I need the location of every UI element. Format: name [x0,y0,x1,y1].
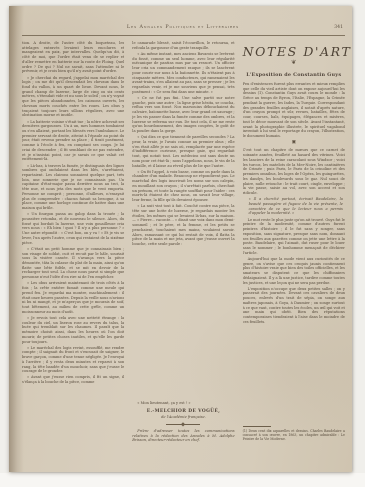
right-column-text: Peu d'existences furent plus errantes et… [243,82,345,423]
paragraph: « Avant que j'eusse rien compris, il fit… [22,375,124,384]
paragraph: « Un fourgon passa au galop dans la trou… [22,212,124,245]
paragraph: « La nuit vint tout à fait. Couché contr… [132,204,234,247]
running-head: Les Annales Politiques et Littéraires [22,25,344,34]
column-left: tion. À droite, de l'autre côté du boque… [22,41,124,464]
paragraph: « Je cherchai du regard, j'appelai mon m… [22,76,124,119]
paragraph: « On fit l'appel, à voix basse, comme on… [132,170,234,203]
section-title: NOTES D'ART [243,44,345,59]
paragraph: « Qui dira ce que tiennent de pareilles … [132,135,234,168]
paragraph: Le mot reste le plus juste qu'on ait tro… [243,218,345,256]
section-break-icon: ▣ [243,141,345,146]
paragraph: C'est tout un chapitre de mœurs que ce c… [243,148,345,195]
paragraph: « Le maréchal des logis revint, essouffl… [22,346,124,374]
column-middle: le camarade blessé, saisit l'écouvillon,… [132,41,234,464]
editorial-note: Prière d'adresser toutes les communicati… [132,429,234,444]
article-heading: L'Exposition de Constantin Guys [243,72,345,78]
scanned-page-background: Les Annales Politiques et Littéraires 34… [0,0,365,487]
paragraph: « C'était un petit homme que je connaiss… [22,247,124,280]
paragraph: « Au même instant, mes anciens Bavarois … [132,52,234,95]
paragraph: L'exposition n'occupe que deux petites s… [243,287,345,325]
paragraph: le camarade blessé, saisit l'écouvillon,… [132,41,234,50]
quotation: « Il a cherché partout, écrivait Baudela… [249,197,345,216]
paragraph: « Je revois tout cela avec une netteté é… [22,316,124,344]
paragraph: « Les obus arrivaient maintenant de troi… [22,281,124,314]
paragraph: Aujourd'hui que la mode vient aux curios… [243,257,345,285]
section-divider [166,424,200,425]
fleuron-icon: ❦ [243,60,345,66]
closing-line: « Mon lieutenant, ça y est ! » [132,401,234,406]
journal-page: Les Annales Politiques et Littéraires 34… [9,6,352,472]
paragraph: « Ce ne fut pas fini. Une salve partit s… [132,96,234,134]
paragraph: « Là-bas, à travers la fumée, je disting… [22,164,124,211]
column-right: NOTES D'ART ❦ L'Exposition de Constantin… [243,41,345,464]
left-column-text: tion. À droite, de l'autre côté du boque… [22,41,124,458]
header-rule [22,35,345,36]
middle-column-text: le camarade blessé, saisit l'écouvillon,… [132,41,234,401]
paragraph: Peu d'existences furent plus errantes et… [243,82,345,139]
footnote-rule [243,426,271,427]
paragraph: « La batterie voisine s'était tue ; la n… [22,120,124,163]
footnote: (1) Deux cent dix aquarelles et dessins.… [243,429,345,441]
author-signature: E.-MELCHIOR DE VOGÜÉ, [132,409,234,414]
page-number: 341 [334,25,343,30]
author-affiliation: de l'Académie française. [132,415,234,419]
paragraph: tion. À droite, de l'autre côté du boque… [22,41,124,74]
